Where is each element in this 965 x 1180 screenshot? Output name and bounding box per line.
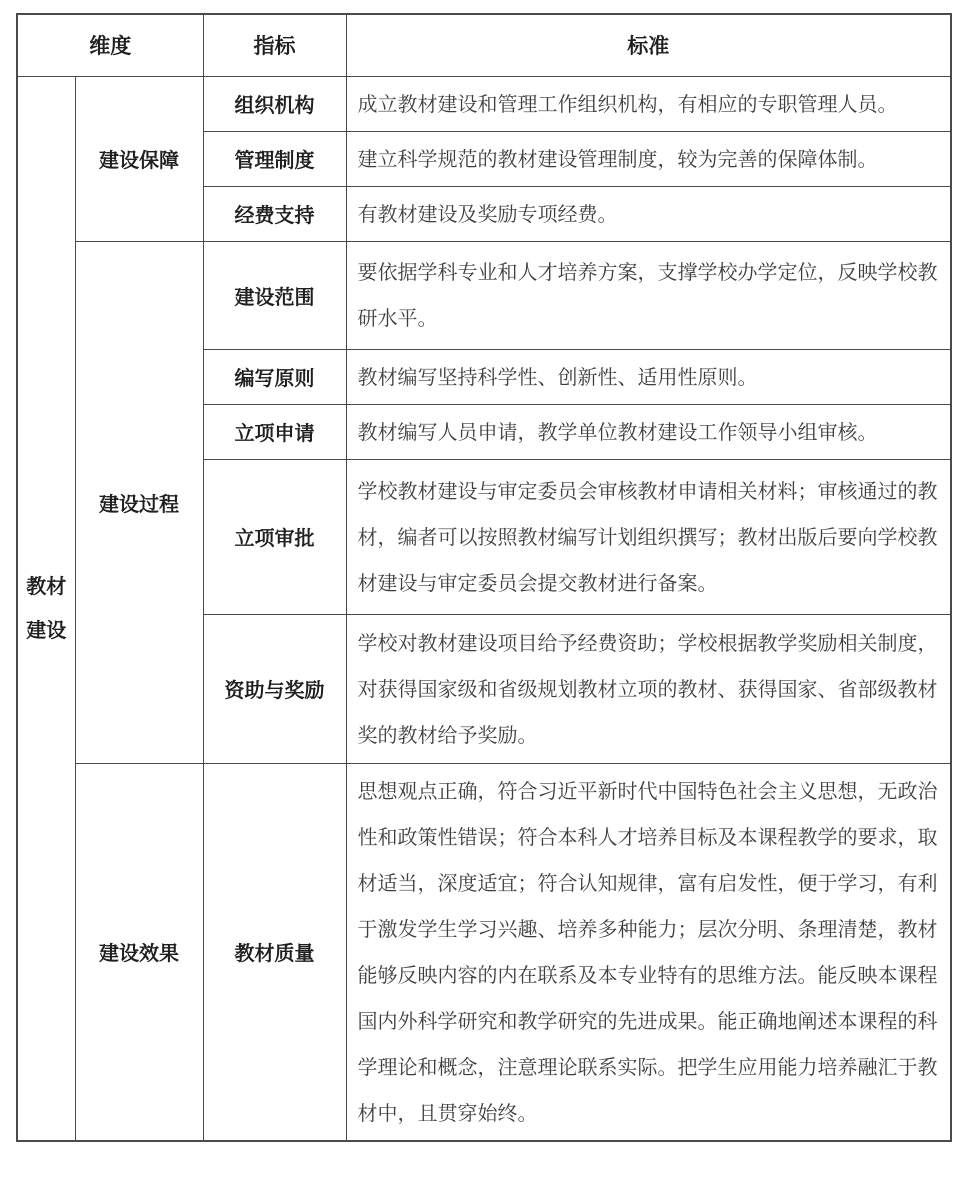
table-row: 教材 建设 建设保障 组织机构 成立教材建设和管理工作组织机构，有相应的专职管理… — [17, 76, 951, 131]
indicator-cell-writing-principles: 编写原则 — [203, 349, 346, 404]
standard-cell-textbook-quality: 思想观点正确，符合习近平新时代中国特色社会主义思想，无政治性和政策性错误；符合本… — [346, 763, 951, 1141]
indicator-cell-construction-scope: 建设范围 — [203, 241, 346, 349]
group-cell-construction-guarantee: 建设保障 — [75, 76, 203, 241]
table-header-row: 维度 指标 标准 — [17, 14, 951, 76]
header-indicator: 指标 — [203, 14, 346, 76]
table-row: 建设过程 建设范围 要依据学科专业和人才培养方案，支撑学校办学定位，反映学校教研… — [17, 241, 951, 349]
standard-cell-writing-principles: 教材编写坚持科学性、创新性、适用性原则。 — [346, 349, 951, 404]
group-cell-construction-effect: 建设效果 — [75, 763, 203, 1141]
standard-cell-construction-scope: 要依据学科专业和人才培养方案，支撑学校办学定位，反映学校教研水平。 — [346, 241, 951, 349]
header-standard: 标准 — [346, 14, 951, 76]
standard-cell-organization: 成立教材建设和管理工作组织机构，有相应的专职管理人员。 — [346, 76, 951, 131]
standard-cell-project-application: 教材编写人员申请，教学单位教材建设工作领导小组审核。 — [346, 404, 951, 459]
group-cell-construction-process: 建设过程 — [75, 241, 203, 763]
standard-cell-management-system: 建立科学规范的教材建设管理制度，较为完善的保障体制。 — [346, 131, 951, 186]
document-page: 维度 指标 标准 教材 建设 建设保障 组织机构 成立教材建设和管理工作组织机构… — [0, 0, 965, 1180]
dimension-cell-textbook-construction: 教材 建设 — [17, 76, 75, 1141]
indicator-cell-funding-support: 经费支持 — [203, 186, 346, 241]
indicator-cell-project-approval: 立项审批 — [203, 459, 346, 614]
standard-cell-project-approval: 学校教材建设与审定委员会审核教材申请相关材料；审核通过的教材，编者可以按照教材编… — [346, 459, 951, 614]
indicator-cell-organization: 组织机构 — [203, 76, 346, 131]
header-dimension: 维度 — [17, 14, 203, 76]
indicator-cell-project-application: 立项申请 — [203, 404, 346, 459]
indicator-cell-management-system: 管理制度 — [203, 131, 346, 186]
dimension-line-2: 建设 — [18, 608, 75, 652]
standard-cell-funding-support: 有教材建设及奖励专项经费。 — [346, 186, 951, 241]
dimension-line-1: 教材 — [18, 564, 75, 608]
indicator-cell-subsidy-and-reward: 资助与奖励 — [203, 614, 346, 763]
criteria-table: 维度 指标 标准 教材 建设 建设保障 组织机构 成立教材建设和管理工作组织机构… — [16, 13, 952, 1142]
standard-cell-subsidy-and-reward: 学校对教材建设项目给予经费资助；学校根据教学奖励相关制度，对获得国家级和省级规划… — [346, 614, 951, 763]
indicator-cell-textbook-quality: 教材质量 — [203, 763, 346, 1141]
table-row: 建设效果 教材质量 思想观点正确，符合习近平新时代中国特色社会主义思想，无政治性… — [17, 763, 951, 1141]
